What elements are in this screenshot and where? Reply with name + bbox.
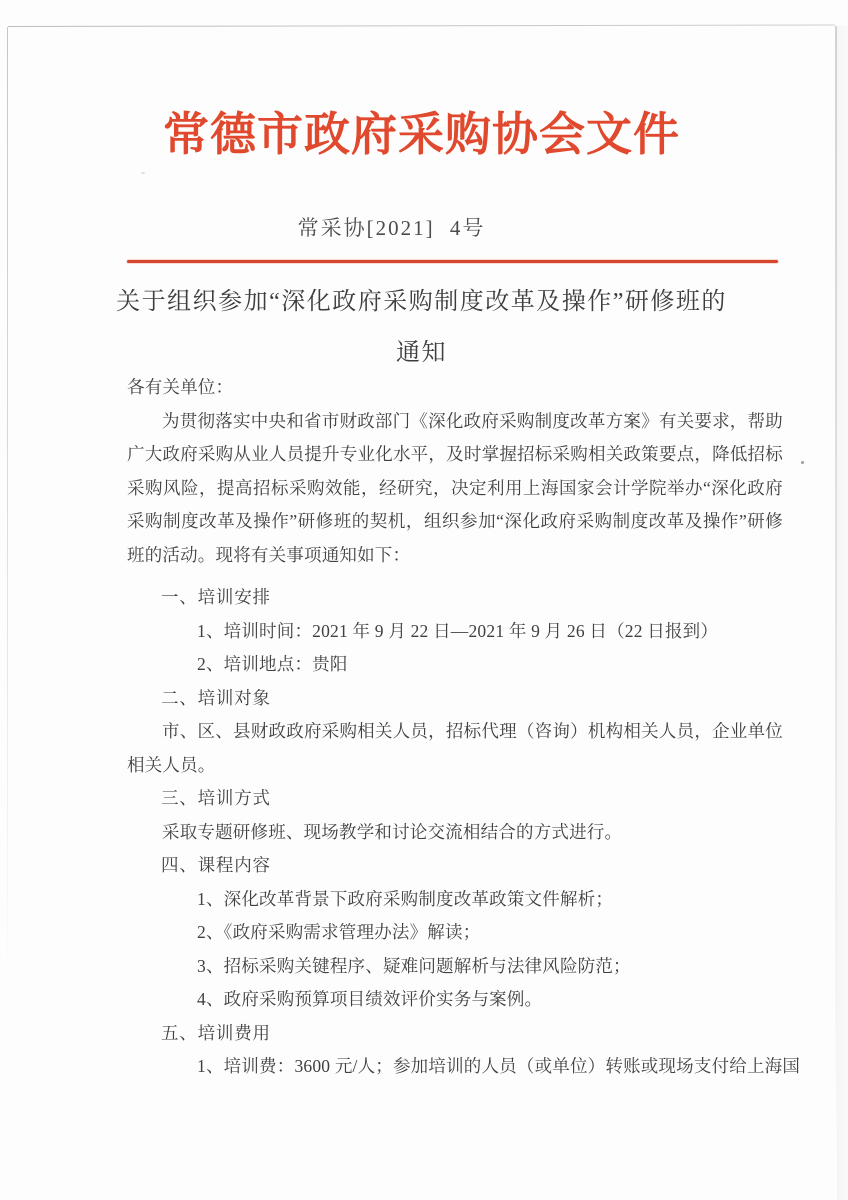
intro-paragraph: 为贯彻落实中央和省市财政部门《深化政府采购制度改革方案》有关要求，帮助广大政府采… xyxy=(127,405,783,573)
section-2-paragraph: 市、区、县财政政府采购相关人员，招标代理（咨询）机构相关人员，企业单位相关人员。 xyxy=(127,715,783,782)
section-4-heading: 四、课程内容 xyxy=(161,849,783,883)
section-4-item-4: 4、政府采购预算项目绩效评价实务与案例。 xyxy=(197,983,783,1017)
section-5-heading: 五、培训费用 xyxy=(161,1017,783,1051)
document-subject: 关于组织参加“深化政府采购制度改革及操作”研修班的 通知 xyxy=(50,277,793,379)
scan-artifact-dot xyxy=(801,461,804,464)
section-1-heading: 一、培训安排 xyxy=(161,581,783,615)
section-2-heading: 二、培训对象 xyxy=(161,682,783,716)
salutation: 各有关单位： xyxy=(127,371,783,405)
section-1-item-1: 1、培训时间：2021 年 9 月 22 日—2021 年 9 月 26 日（2… xyxy=(197,615,783,649)
section-5-item-1: 1、培训费：3600 元/人；参加培训的人员（或单位）转账或现场支付给上海国 xyxy=(197,1050,783,1084)
scan-background-strip xyxy=(837,26,848,1200)
scan-artifact-speck xyxy=(141,172,145,174)
section-4-item-1: 1、深化改革背景下政府采购制度改革政策文件解析； xyxy=(197,883,783,917)
section-3-paragraph: 采取专题研修班、现场教学和讨论交流相结合的方式进行。 xyxy=(127,816,783,850)
section-4-item-3: 3、招标采购关键程序、疑难问题解析与法律风险防范； xyxy=(197,950,783,984)
section-3-heading: 三、培训方式 xyxy=(161,782,783,816)
page-top-edge xyxy=(8,25,835,27)
document-number: 常采协[2021] 4号 xyxy=(0,213,805,243)
section-4-item-2: 2、《政府采购需求管理办法》解读； xyxy=(197,916,783,950)
section-1-item-2: 2、培训地点：贵阳 xyxy=(197,648,783,682)
subject-line-1: 关于组织参加“深化政府采购制度改革及操作”研修班的 xyxy=(50,277,793,328)
document-header-title: 常德市政府采购协会文件 xyxy=(8,100,835,168)
document-body: 各有关单位： 为贯彻落实中央和省市财政部门《深化政府采购制度改革方案》有关要求，… xyxy=(127,371,783,1084)
scanned-page: 常德市政府采购协会文件 常采协[2021] 4号 关于组织参加“深化政府采购制度… xyxy=(0,0,848,1200)
red-divider-line xyxy=(127,260,778,263)
page-left-edge xyxy=(7,27,8,987)
